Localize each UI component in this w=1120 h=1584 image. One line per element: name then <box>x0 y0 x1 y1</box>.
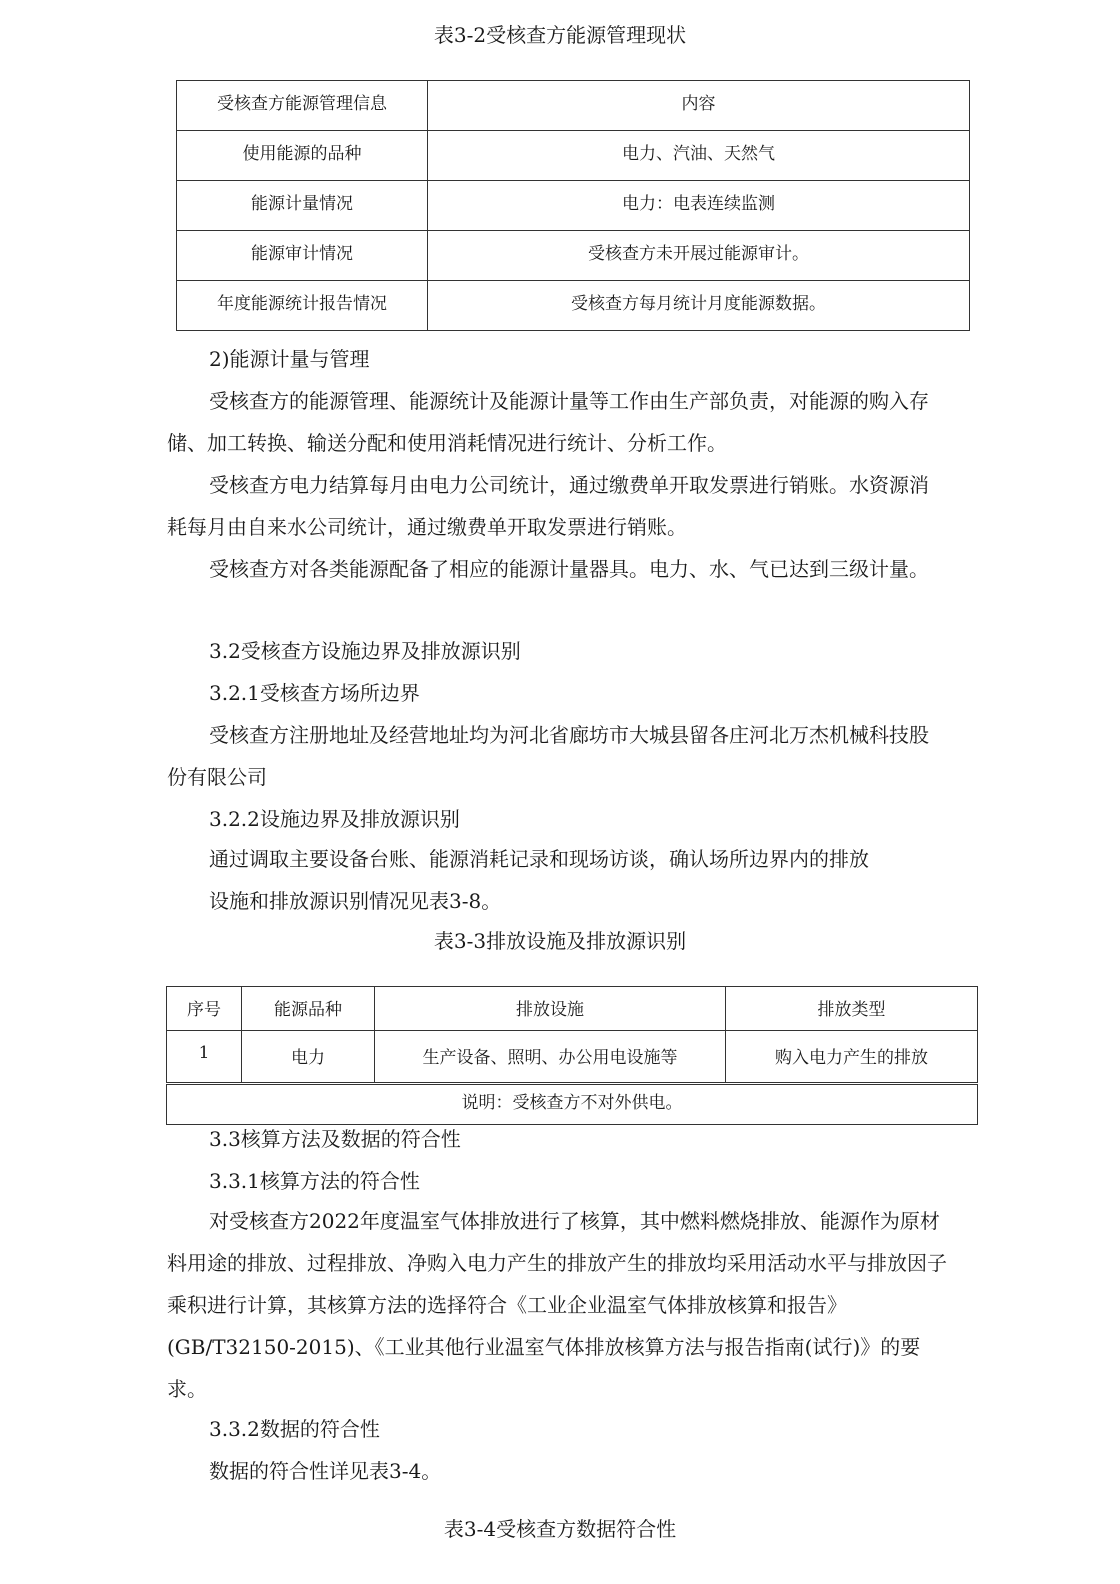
table-header-cell: 排放类型 <box>726 987 978 1031</box>
paragraph: 受核查方注册地址及经营地址均为河北省廊坊市大城县留各庄河北万杰机械科技股份有限公… <box>167 714 947 798</box>
table-cell: 电力：电表连续监测 <box>428 181 970 231</box>
paragraph: 受核查方对各类能源配备了相应的能源计量器具。电力、水、气已达到三级计量。 <box>167 548 947 590</box>
table-row: 年度能源统计报告情况 受核查方每月统计月度能源数据。 <box>177 281 970 331</box>
table-row: 使用能源的品种 电力、汽油、天然气 <box>177 131 970 181</box>
table-row: 1 电力 生产设备、照明、办公用电设施等 购入电力产生的排放 <box>167 1031 978 1083</box>
paragraph: 通过调取主要设备台账、能源消耗记录和现场访谈，确认场所边界内的排放 <box>167 838 989 880</box>
table-header-cell: 受核查方能源管理信息 <box>177 81 428 131</box>
table-cell: 能源审计情况 <box>177 231 428 281</box>
subsection-heading: 3.2.2设施边界及排放源识别 <box>167 798 989 840</box>
table-cell: 年度能源统计报告情况 <box>177 281 428 331</box>
table-cell: 电力、汽油、天然气 <box>428 131 970 181</box>
table-header-cell: 能源品种 <box>242 987 375 1031</box>
paragraph: 数据的符合性详见表3-4。 <box>167 1450 989 1492</box>
table-cell: 使用能源的品种 <box>177 131 428 181</box>
table-3-2-caption: 表3-2受核查方能源管理现状 <box>0 22 1120 48</box>
subsection-heading: 3.3.2数据的符合性 <box>167 1408 989 1450</box>
paragraph: 对受核查方2022年度温室气体排放进行了核算，其中燃料燃烧排放、能源作为原材料用… <box>167 1200 947 1410</box>
subsection-heading: 3.3.1核算方法的符合性 <box>167 1160 989 1202</box>
table-cell: 受核查方每月统计月度能源数据。 <box>428 281 970 331</box>
section-heading: 2)能源计量与管理 <box>167 338 989 380</box>
subsection-heading: 3.2.1受核查方场所边界 <box>167 672 989 714</box>
table-row: 能源审计情况 受核查方未开展过能源审计。 <box>177 231 970 281</box>
paragraph: 设施和排放源识别情况见表3-8。 <box>167 880 989 922</box>
table-cell: 电力 <box>242 1031 375 1083</box>
table-3-3: 序号 能源品种 排放设施 排放类型 1 电力 生产设备、照明、办公用电设施等 购… <box>166 986 978 1083</box>
table-cell: 1 <box>167 1031 242 1083</box>
section-heading: 3.2受核查方设施边界及排放源识别 <box>167 630 989 672</box>
table-header-cell: 内容 <box>428 81 970 131</box>
section-heading: 3.3核算方法及数据的符合性 <box>167 1118 989 1160</box>
table-3-2: 受核查方能源管理信息 内容 使用能源的品种 电力、汽油、天然气 能源计量情况 电… <box>176 80 970 331</box>
paragraph: 受核查方的能源管理、能源统计及能源计量等工作由生产部负责，对能源的购入存储、加工… <box>167 380 947 464</box>
table-cell: 受核查方未开展过能源审计。 <box>428 231 970 281</box>
table-header-cell: 序号 <box>167 987 242 1031</box>
table-header-cell: 排放设施 <box>375 987 726 1031</box>
table-cell: 生产设备、照明、办公用电设施等 <box>375 1031 726 1083</box>
paragraph: 受核查方电力结算每月由电力公司统计，通过缴费单开取发票进行销账。水资源消耗每月由… <box>167 464 947 548</box>
table-3-4-caption: 表3-4受核查方数据符合性 <box>0 1516 1120 1542</box>
table-cell: 购入电力产生的排放 <box>726 1031 978 1083</box>
table-row: 能源计量情况 电力：电表连续监测 <box>177 181 970 231</box>
table-cell: 能源计量情况 <box>177 181 428 231</box>
table-3-3-caption: 表3-3排放设施及排放源识别 <box>0 928 1120 954</box>
